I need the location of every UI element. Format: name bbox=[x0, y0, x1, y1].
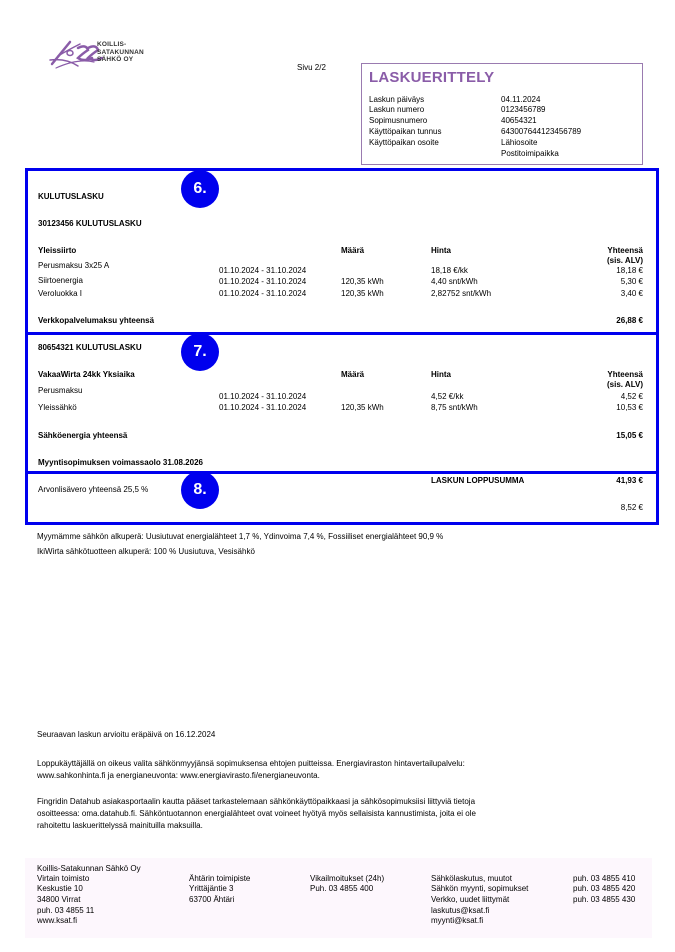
invoice-title-30123456: 30123456 KULUTUSLASKU bbox=[38, 219, 142, 229]
footer-company-name: Koillis-Satakunnan Sähkö Oy bbox=[37, 864, 141, 874]
column-header-total: Yhteensä bbox=[607, 246, 643, 256]
footer-service-phone: puh. 03 4855 410 bbox=[573, 874, 635, 884]
row-amount: 120,35 kWh bbox=[341, 277, 384, 287]
column-header-amount: Määrä bbox=[341, 370, 364, 380]
row-item: Perusmaksu bbox=[38, 386, 82, 396]
section-heading: KULUTUSLASKU bbox=[38, 192, 104, 202]
logo-line-2: SATAKUNNAN bbox=[97, 49, 144, 57]
row-amount: 120,35 kWh bbox=[341, 289, 384, 299]
consumer-rights-note-2: www.sahkonhinta.fi ja energianeuvonta: w… bbox=[37, 771, 320, 781]
column-header-price: Hinta bbox=[431, 246, 451, 256]
datahub-note-3: rahoitettu laskuerittelyssä mainituilla … bbox=[37, 821, 203, 831]
footer-office2-street: Yrittäjäntie 3 bbox=[189, 884, 233, 894]
row-item: Siirtoenergia bbox=[38, 276, 83, 286]
header-value-date: 04.11.2024 bbox=[501, 95, 540, 105]
contract-validity: Myyntisopimuksen voimassaolo 31.08.2026 bbox=[38, 458, 203, 468]
header-label-site-id: Käyttöpaikan tunnus bbox=[369, 127, 442, 137]
row-total: 10,53 € bbox=[616, 403, 643, 413]
company-name-logo-text: KOILLIS- SATAKUNNAN SÄHKÖ OY bbox=[97, 41, 144, 64]
column-header-amount: Määrä bbox=[341, 246, 364, 256]
footer-faults-label: Vikailmoitukset (24h) bbox=[310, 874, 384, 884]
group-title-yleissiirto: Yleissiirto bbox=[38, 246, 76, 256]
subtotal-value: 15,05 € bbox=[616, 431, 643, 441]
subtotal-label: Verkkopalvelumaksu yhteensä bbox=[38, 316, 154, 326]
footer-billing-email-link[interactable]: laskutus@ksat.fi bbox=[431, 906, 489, 916]
header-value-invoice-number: 0123456789 bbox=[501, 105, 546, 115]
header-value-site-id: 643007644123456789 bbox=[501, 127, 581, 137]
footer-service-phone: puh. 03 4855 430 bbox=[573, 895, 635, 905]
document-title: LASKUERITTELY bbox=[369, 69, 494, 86]
row-period: 01.10.2024 - 31.10.2024 bbox=[219, 403, 306, 413]
highlight-box-section-8 bbox=[25, 471, 659, 525]
datahub-note-2: osoitteessa: oma.datahub.fi. Sähköntuota… bbox=[37, 809, 476, 819]
footer-sales-email-link[interactable]: myynti@ksat.fi bbox=[431, 916, 483, 926]
footer-office1-city: 34800 Virrat bbox=[37, 895, 80, 905]
subtotal-label: Sähköenergia yhteensä bbox=[38, 431, 127, 441]
logo-line-3: SÄHKÖ OY bbox=[97, 56, 144, 64]
footer-service-label: Sähkön myynti, sopimukset bbox=[431, 884, 528, 894]
energy-origin-line: Myymämme sähkön alkuperä: Uusiutuvat ene… bbox=[37, 532, 443, 542]
row-period: 01.10.2024 - 31.10.2024 bbox=[219, 392, 306, 402]
column-header-total-sub: (sis. ALV) bbox=[607, 256, 643, 266]
header-label-contract-number: Sopimusnumero bbox=[369, 116, 427, 126]
row-price: 4,40 snt/kWh bbox=[431, 277, 478, 287]
row-item: Yleissähkö bbox=[38, 403, 77, 413]
logo-line-1: KOILLIS- bbox=[97, 41, 144, 49]
column-header-total: Yhteensä bbox=[607, 370, 643, 380]
footer-office2-city: 63700 Ähtäri bbox=[189, 895, 234, 905]
row-total: 18,18 € bbox=[616, 266, 643, 276]
header-label-date: Laskun päiväys bbox=[369, 95, 424, 105]
row-total: 3,40 € bbox=[621, 289, 643, 299]
next-due-date-note: Seuraavan laskun arvioitu eräpäivä on 16… bbox=[37, 730, 215, 740]
footer-faults-phone: Puh. 03 4855 400 bbox=[310, 884, 373, 894]
grand-total-label: LASKUN LOPPUSUMMA bbox=[431, 476, 524, 486]
footer-service-label: Verkko, uudet liittymät bbox=[431, 895, 509, 905]
section-badge-7: 7. bbox=[181, 333, 219, 371]
page-indicator: Sivu 2/2 bbox=[297, 63, 326, 72]
invoice-title-80654321: 80654321 KULUTUSLASKU bbox=[38, 343, 142, 353]
column-header-price: Hinta bbox=[431, 370, 451, 380]
row-total: 5,30 € bbox=[621, 277, 643, 287]
footer-office2-name: Ähtärin toimipiste bbox=[189, 874, 250, 884]
footer-office1-street: Keskustie 10 bbox=[37, 884, 83, 894]
footer-office1-phone: puh. 03 4855 11 bbox=[37, 906, 94, 916]
row-item: Veroluokka I bbox=[38, 289, 82, 299]
row-total: 4,52 € bbox=[621, 392, 643, 402]
row-price: 18,18 €/kk bbox=[431, 266, 468, 276]
column-header-total-sub: (sis. ALV) bbox=[607, 380, 643, 390]
header-value-contract-number: 40654321 bbox=[501, 116, 537, 126]
header-label-invoice-number: Laskun numero bbox=[369, 105, 424, 115]
row-period: 01.10.2024 - 31.10.2024 bbox=[219, 277, 306, 287]
row-amount: 120,35 kWh bbox=[341, 403, 384, 413]
consumer-rights-note-1: Loppukäyttäjällä on oikeus valita sähkön… bbox=[37, 759, 465, 769]
product-origin-line: IkiWirta sähkötuotteen alkuperä: 100 % U… bbox=[37, 547, 255, 557]
group-title-vakaawirta: VakaaWirta 24kk Yksiaika bbox=[38, 370, 135, 380]
subtotal-value: 26,88 € bbox=[616, 316, 643, 326]
row-period: 01.10.2024 - 31.10.2024 bbox=[219, 289, 306, 299]
footer-service-phone: puh. 03 4855 420 bbox=[573, 884, 635, 894]
header-value-site-address: Lähiosoite bbox=[501, 138, 537, 148]
datahub-note-1: Fingridin Datahub asiakasportaalin kautt… bbox=[37, 797, 475, 807]
footer-website-link[interactable]: www.ksat.fi bbox=[37, 916, 77, 926]
vat-amount: 8,52 € bbox=[621, 503, 643, 513]
row-item: Perusmaksu 3x25 A bbox=[38, 261, 109, 271]
row-period: 01.10.2024 - 31.10.2024 bbox=[219, 266, 306, 276]
vat-label: Arvonlisävero yhteensä 25,5 % bbox=[38, 485, 148, 495]
section-badge-6: 6. bbox=[181, 170, 219, 208]
grand-total-value: 41,93 € bbox=[616, 476, 643, 486]
row-price: 4,52 €/kk bbox=[431, 392, 463, 402]
footer-office1-name: Virtain toimisto bbox=[37, 874, 89, 884]
row-price: 8,75 snt/kWh bbox=[431, 403, 478, 413]
header-value-postal-area: Postitoimipaikka bbox=[501, 149, 559, 159]
header-label-site-address: Käyttöpaikan osoite bbox=[369, 138, 439, 148]
row-price: 2,82752 snt/kWh bbox=[431, 289, 491, 299]
footer-service-label: Sähkölaskutus, muutot bbox=[431, 874, 512, 884]
section-badge-8: 8. bbox=[181, 471, 219, 509]
